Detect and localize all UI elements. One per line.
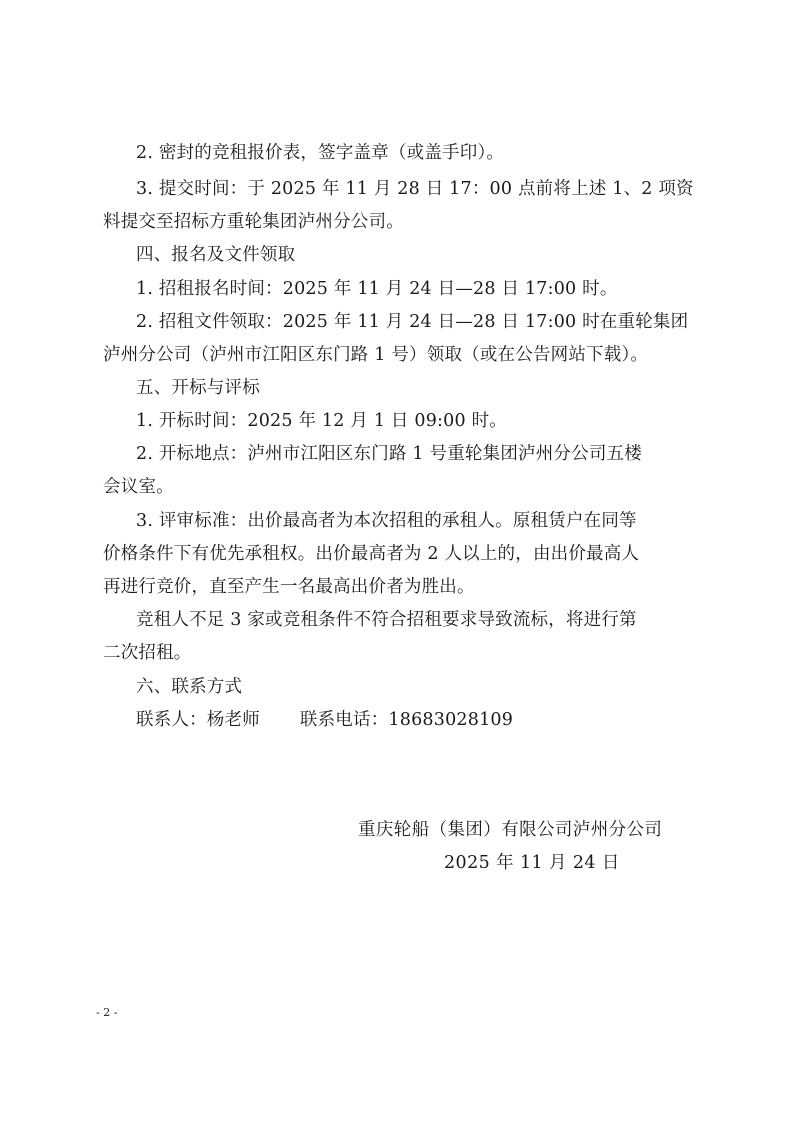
section-heading-bid-opening: 五、开标与评标: [136, 376, 260, 400]
paragraph-evaluation-criteria-cont-2: 再进行竞价，直至产生一名最高出价者为胜出。: [103, 575, 475, 599]
paragraph-failed-bid-cont: 二次招租。: [103, 641, 192, 665]
paragraph-evaluation-criteria-cont-1: 价格条件下有优先承租权。出价最高者为 2 人以上的，由出价最高人: [103, 542, 639, 566]
paragraph-opening-location-cont: 会议室。: [103, 475, 174, 499]
paragraph-opening-location: 2. 开标地点：泸州市江阳区东门路 1 号重轮集团泸州分公司五楼: [136, 442, 642, 466]
section-heading-contact: 六、联系方式: [136, 675, 242, 699]
contact-line: 联系人：杨老师联系电话：18683028109: [136, 708, 513, 732]
document-page: 2. 密封的竞租报价表，签字盖章（或盖手印）。 3. 提交时间：于 2025 年…: [0, 0, 793, 1122]
paragraph-registration-time: 1. 招租报名时间：2025 年 11 月 24 日—28 日 17:00 时。: [136, 277, 618, 301]
paragraph-document-collection: 2. 招租文件领取：2025 年 11 月 24 日—28 日 17:00 时在…: [136, 310, 688, 334]
contact-person: 联系人：杨老师: [136, 710, 260, 730]
paragraph-evaluation-criteria: 3. 评审标准：出价最高者为本次招租的承租人。原租赁户在同等: [136, 509, 637, 533]
paragraph-sealed-quote: 2. 密封的竞租报价表，签字盖章（或盖手印）。: [136, 141, 504, 165]
paragraph-failed-bid: 竞租人不足 3 家或竞租条件不符合招租要求导致流标，将进行第: [136, 608, 637, 632]
paragraph-opening-time: 1. 开标时间：2025 年 12 月 1 日 09:00 时。: [136, 409, 507, 433]
paragraph-submission-time: 3. 提交时间：于 2025 年 11 月 28 日 17：00 点前将上述 1…: [136, 177, 694, 201]
paragraph-document-collection-cont: 泸州分公司（泸州市江阳区东门路 1 号）领取（或在公告网站下载）。: [103, 343, 648, 367]
signature-date: 2025 年 11 月 24 日: [444, 851, 620, 875]
paragraph-submission-time-cont: 料提交至招标方重轮集团泸州分公司。: [103, 210, 404, 234]
signature-organization: 重庆轮船（集团）有限公司泸州分公司: [358, 818, 662, 842]
page-number: - 2 -: [96, 1006, 117, 1020]
section-heading-registration: 四、报名及文件领取: [136, 243, 295, 267]
contact-phone: 联系电话：18683028109: [300, 710, 513, 730]
